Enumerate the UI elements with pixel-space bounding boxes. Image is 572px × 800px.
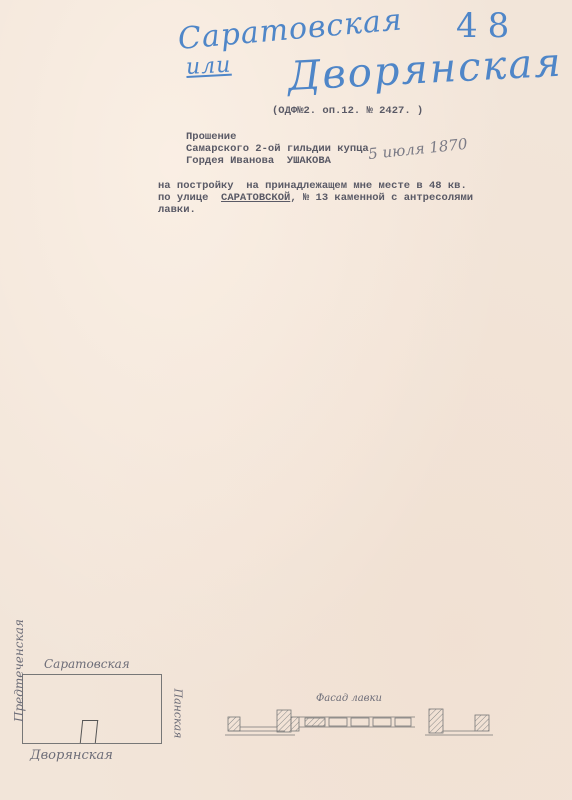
petition-title: Прошение bbox=[186, 131, 236, 143]
petition-line-1: Самарского 2-ой гильдии купца bbox=[186, 143, 369, 155]
facade-caption: Фасад лавки bbox=[316, 693, 382, 704]
body-line-3: лавки. bbox=[158, 204, 196, 216]
plan-label-south: Дворянская bbox=[30, 748, 113, 763]
site-plan-outline bbox=[22, 674, 162, 744]
handwritten-date: 5 июля 1870 bbox=[367, 135, 468, 163]
plan-label-north: Саратовская bbox=[44, 657, 130, 671]
document-page: Саратовская или Дворянская 48 (ОДФ№2. оп… bbox=[0, 0, 572, 800]
plan-label-west: Предтеченская bbox=[12, 652, 26, 722]
body-line-2: по улице САРАТОВСКОЙ, № 13 каменной с ан… bbox=[158, 192, 473, 204]
underlined-street: САРАТОВСКОЙ bbox=[221, 192, 290, 204]
body-line-2-prefix: по улице bbox=[158, 192, 221, 204]
page-number: 48 bbox=[456, 6, 519, 46]
plan-label-east: Панская bbox=[172, 689, 185, 749]
body-line-2-suffix: , № 13 каменной с антресолями bbox=[290, 192, 473, 204]
handwritten-connector: или bbox=[185, 53, 232, 80]
facade-sketch bbox=[225, 705, 495, 745]
plan-building-mark bbox=[80, 720, 98, 743]
body-line-1: на постройку на принадлежащем мне месте … bbox=[158, 180, 467, 192]
handwritten-street-name-2: Дворянская bbox=[287, 40, 564, 100]
petition-line-2: Гордея Иванова УШАКОВА bbox=[186, 155, 331, 167]
archive-reference: (ОДФ№2. оп.12. № 2427. ) bbox=[272, 105, 423, 117]
